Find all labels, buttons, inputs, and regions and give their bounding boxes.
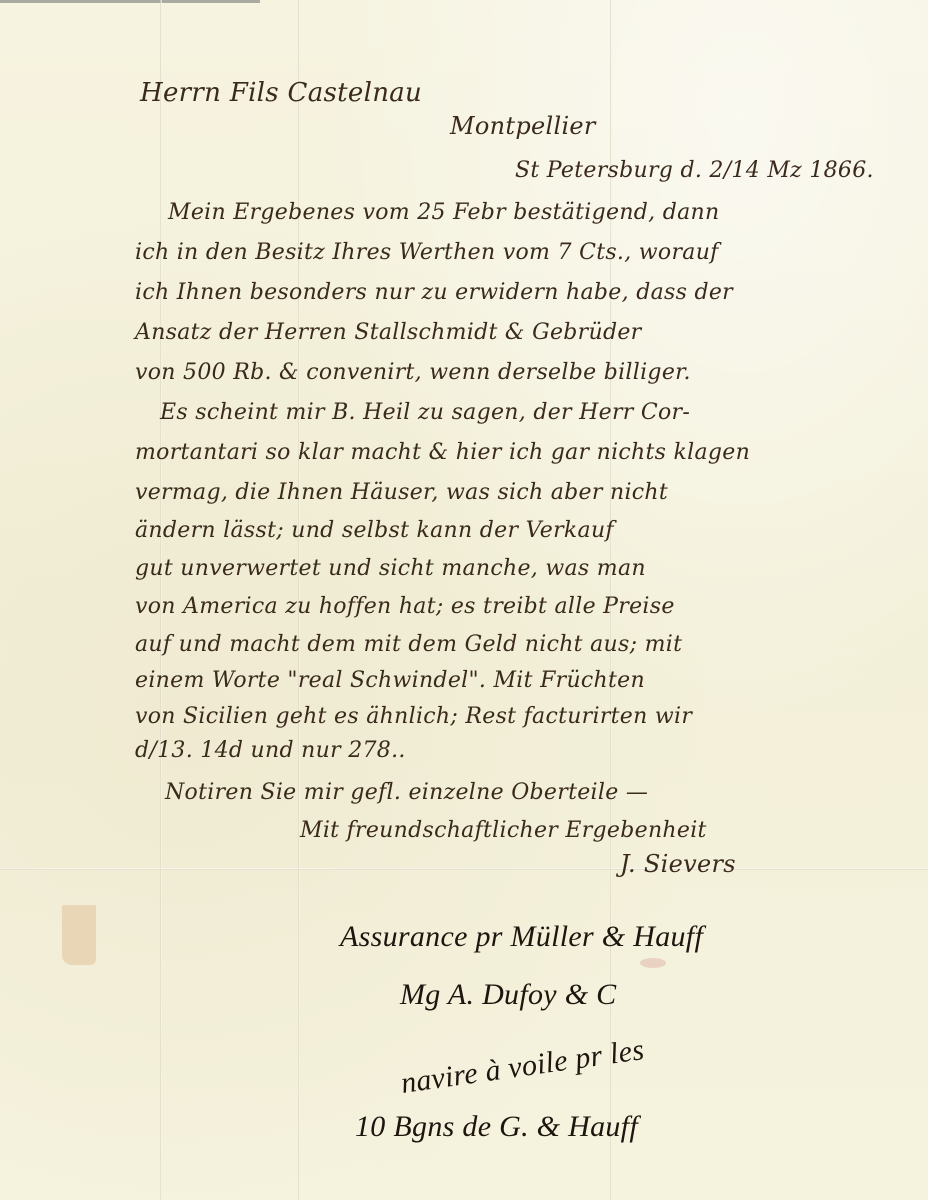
ink-stain [640, 958, 666, 968]
body-line: Mein Ergebenes vom 25 Febr bestätigend, … [168, 200, 720, 225]
letter-page: Herrn Fils Castelnau Montpellier St Pete… [0, 0, 928, 1200]
signature: J. Sievers [620, 850, 736, 878]
paper-stain [62, 905, 96, 965]
body-line: ich in den Besitz Ihres Werthen vom 7 Ct… [135, 240, 719, 265]
body-line: Ansatz der Herren Stallschmidt & Gebrüde… [135, 320, 641, 345]
body-line: gut unverwertet und sicht manche, was ma… [135, 556, 646, 581]
closing: Mit freundschaftlicher Ergebenheit [300, 818, 707, 843]
city: Montpellier [450, 112, 596, 140]
body-line: einem Worte "real Schwindel". Mit Frücht… [135, 668, 645, 693]
body-line: d/13. 14d und nur 278.. [135, 738, 406, 763]
body-line: auf und macht dem mit dem Geld nicht aus… [135, 632, 682, 657]
dateline: St Petersburg d. 2/14 Mz 1866. [515, 158, 874, 183]
body-line: vermag, die Ihnen Häuser, was sich aber … [135, 480, 668, 505]
body-line: Notiren Sie mir gefl. einzelne Oberteile… [165, 780, 648, 805]
fold-line [0, 868, 928, 870]
body-line: Es scheint mir B. Heil zu sagen, der Her… [160, 400, 690, 425]
body-line: von America zu hoffen hat; es treibt all… [135, 594, 675, 619]
body-line: mortantari so klar macht & hier ich gar … [135, 440, 750, 465]
scan-edge [0, 0, 260, 3]
body-line: von Sicilien geht es ähnlich; Rest factu… [135, 704, 692, 729]
annotation-line: Mg A. Dufoy & C [400, 978, 616, 1012]
recipient: Herrn Fils Castelnau [140, 78, 422, 108]
body-line: ich Ihnen besonders nur zu erwidern habe… [135, 280, 733, 305]
annotation-line: Assurance pr Müller & Hauff [340, 920, 703, 954]
body-line: von 500 Rb. & convenirt, wenn derselbe b… [135, 360, 691, 385]
body-line: ändern lässt; und selbst kann der Verkau… [135, 518, 614, 543]
annotation-line: 10 Bgns de G. & Hauff [355, 1110, 638, 1144]
